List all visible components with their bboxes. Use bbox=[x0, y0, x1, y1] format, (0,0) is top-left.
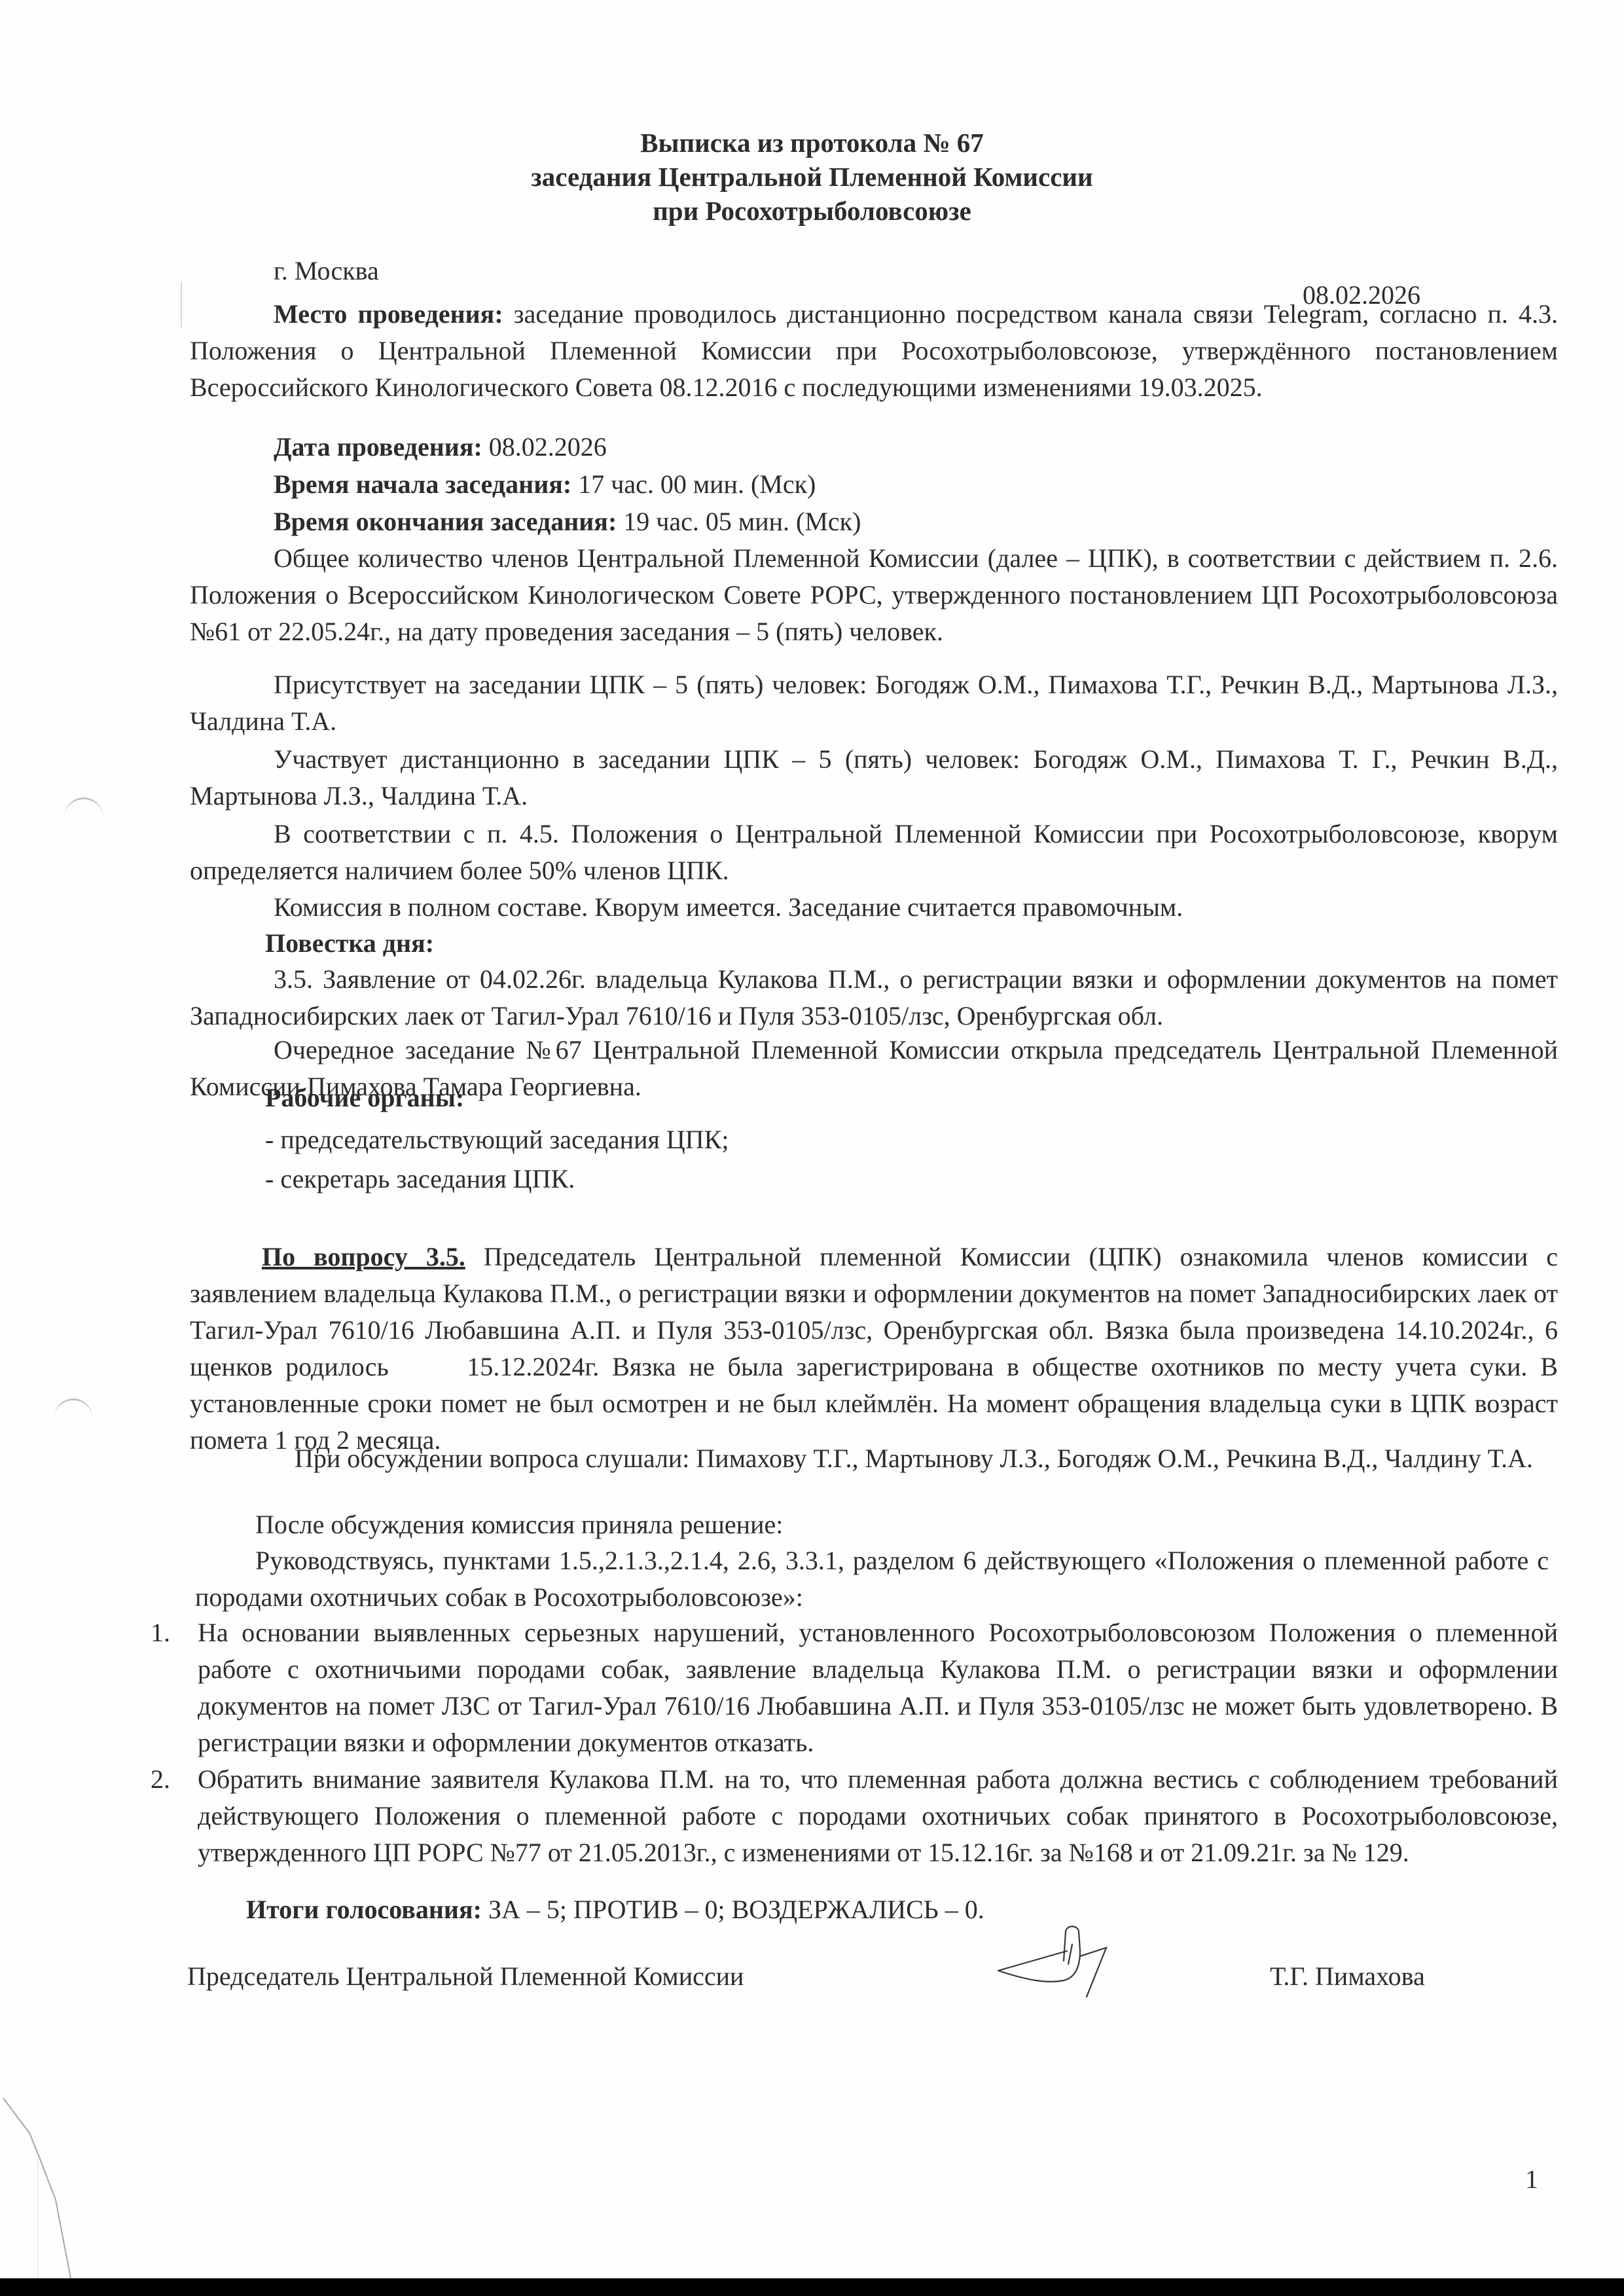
vote-value: ЗА – 5; ПРОТИВ – 0; ВОЗДЕРЖАЛИСЬ – 0. bbox=[482, 1895, 984, 1924]
decision-intro: После обсуждения комиссия приняла решени… bbox=[255, 1506, 783, 1543]
decision-item: 1. На основании выявленных серьезных нар… bbox=[151, 1614, 1558, 1761]
discussion-paragraph: При обсуждении вопроса слушали: Пимахову… bbox=[190, 1440, 1558, 1477]
end-time: Время окончания заседания: 19 час. 05 ми… bbox=[274, 503, 861, 540]
working-body-item: - председательствующий заседания ЦПК; bbox=[265, 1121, 729, 1158]
working-bodies-label: Рабочие органы: bbox=[265, 1079, 464, 1116]
venue-paragraph: Место проведения: заседание проводилось … bbox=[190, 296, 1558, 406]
signatory-name: Т.Г. Пимахова bbox=[1270, 1958, 1425, 1995]
quorum-status: Комиссия в полном составе. Кворум имеетс… bbox=[190, 889, 1558, 926]
vote-results: Итоги голосования: ЗА – 5; ПРОТИВ – 0; В… bbox=[246, 1891, 984, 1928]
scan-border bbox=[0, 2278, 1624, 2296]
decision-item: 2. Обратить внимание заявителя Кулакова … bbox=[151, 1761, 1558, 1871]
quorum-rule-paragraph: В соответствии с п. 4.5. Положения о Цен… bbox=[190, 816, 1558, 889]
decision-number: 1. bbox=[151, 1614, 198, 1761]
working-bodies-label-text: Рабочие органы: bbox=[265, 1083, 464, 1112]
meeting-date-label: Дата проведения: bbox=[274, 432, 482, 462]
agenda-item: 3.5. Заявление от 04.02.26г. владельца К… bbox=[190, 961, 1558, 1034]
title-line-3: при Росохотрыболовсоюзе bbox=[0, 194, 1624, 228]
scan-edge-line bbox=[0, 2095, 275, 2291]
meeting-date: Дата проведения: 08.02.2026 bbox=[274, 428, 607, 465]
agenda-label: Повестка дня: bbox=[265, 924, 434, 962]
question-text: Председатель Центральной племенной Комис… bbox=[190, 1242, 1564, 1455]
scan-margin-mark bbox=[181, 282, 182, 327]
venue-label: Место проведения: bbox=[274, 299, 503, 329]
agenda-label-text: Повестка дня: bbox=[265, 928, 434, 958]
end-time-value: 19 час. 05 мин. (Мск) bbox=[617, 507, 861, 536]
start-time-value: 17 час. 00 мин. (Мск) bbox=[571, 469, 816, 499]
document-title: Выписка из протокола № 67 заседания Цент… bbox=[0, 126, 1624, 228]
page-number: 1 bbox=[1525, 2164, 1538, 2195]
start-time-label: Время начала заседания: bbox=[274, 469, 571, 499]
question-label: По вопросу 3.5. bbox=[262, 1242, 465, 1271]
guided-by-paragraph: Руководствуясь, пунктами 1.5.,2.1.3.,2.1… bbox=[195, 1542, 1549, 1616]
signatory-title: Председатель Центральной Племенной Комис… bbox=[187, 1958, 744, 1995]
decision-text: На основании выявленных серьезных наруше… bbox=[198, 1614, 1558, 1761]
city: г. Москва bbox=[274, 252, 379, 289]
decision-text: Обратить внимание заявителя Кулакова П.М… bbox=[198, 1761, 1558, 1871]
remote-paragraph: Участвует дистанционно в заседании ЦПК –… bbox=[190, 741, 1558, 814]
meeting-date-value: 08.02.2026 bbox=[482, 432, 607, 462]
end-time-label: Время окончания заседания: bbox=[274, 507, 617, 536]
signature-icon bbox=[988, 1925, 1119, 2010]
vote-label: Итоги голосования: bbox=[246, 1895, 482, 1924]
title-line-2: заседания Центральной Племенной Комиссии bbox=[0, 160, 1624, 194]
title-line-1: Выписка из протокола № 67 bbox=[0, 126, 1624, 160]
decisions-list: 1. На основании выявленных серьезных нар… bbox=[151, 1614, 1558, 1871]
punch-hole-icon bbox=[54, 1398, 93, 1440]
present-paragraph: Присутствует на заседании ЦПК – 5 (пять)… bbox=[190, 666, 1558, 740]
total-members-paragraph: Общее количество членов Центральной Плем… bbox=[190, 540, 1558, 650]
decision-number: 2. bbox=[151, 1761, 198, 1871]
start-time: Время начала заседания: 17 час. 00 мин. … bbox=[274, 465, 816, 503]
working-body-item: - секретарь заседания ЦПК. bbox=[265, 1160, 575, 1197]
question-paragraph: По вопросу 3.5. Председатель Центральной… bbox=[190, 1239, 1558, 1459]
punch-hole-icon bbox=[64, 797, 103, 839]
document-page: Выписка из протокола № 67 заседания Цент… bbox=[0, 0, 1624, 2278]
